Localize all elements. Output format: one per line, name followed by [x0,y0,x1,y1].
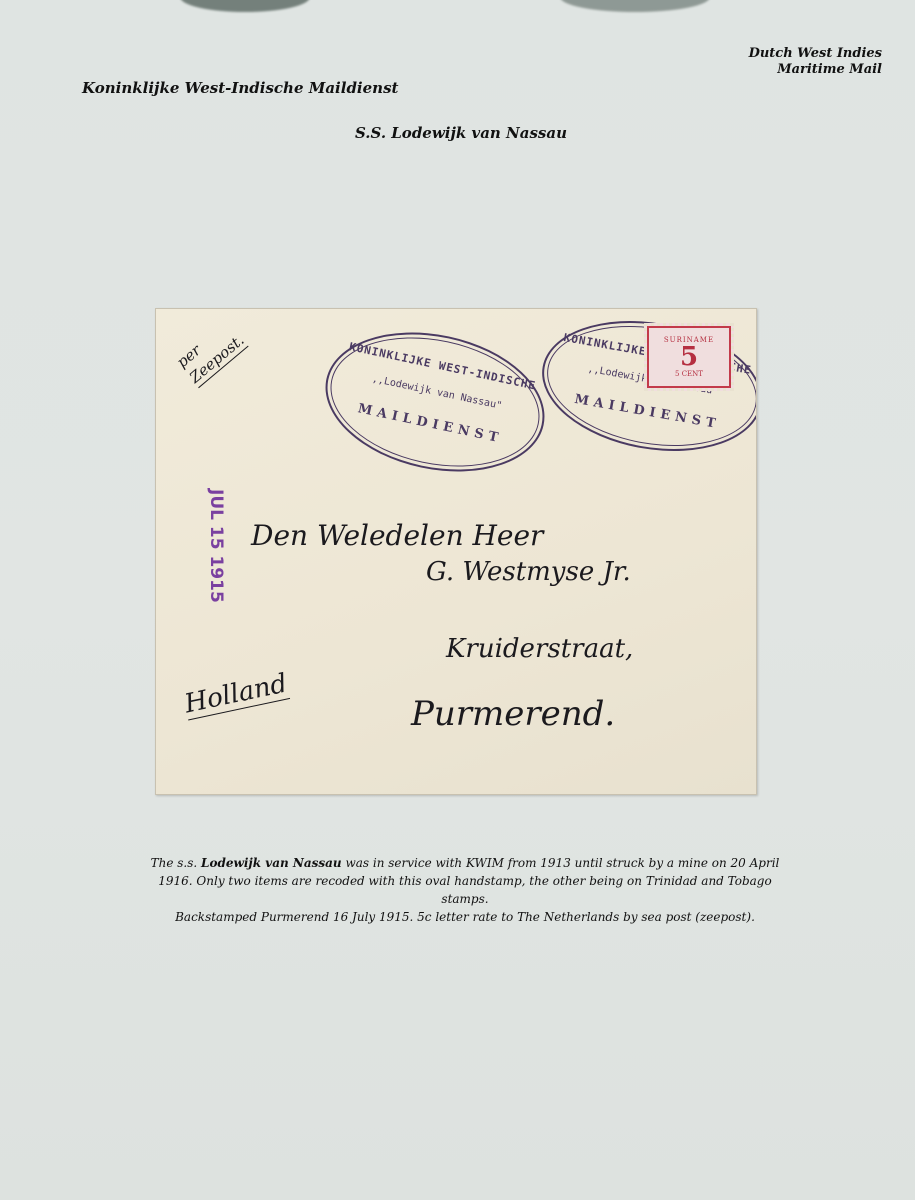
caption-paragraph: The s.s. Lodewijk van Nassau was in serv… [150,854,780,908]
address-line-2: G. Westmyse Jr. [426,557,631,587]
exhibit-title: Dutch West Indies Maritime Mail [749,46,882,78]
exhibit-caption: The s.s. Lodewijk van Nassau was in serv… [150,854,780,926]
route-endorsement: per Zeepost. [172,315,248,388]
arrival-datestamp: JUL 15 1915 [206,489,226,603]
address-line-1: Den Weledelen Heer [251,519,543,552]
caption-ship-name: Lodewijk van Nassau [201,856,342,870]
envelope-cover: per Zeepost. KONINKLIJKE WEST-INDISCHE ,… [155,308,757,795]
exhibit-title-line1: Dutch West Indies [749,46,882,62]
ship-title: S.S. Lodewijk van Nassau [355,124,567,142]
section-title: Koninklijke West-Indische Maildienst [82,79,398,97]
address-line-4: Purmerend. [411,694,615,734]
address-line-3: Kruiderstraat, [446,634,633,664]
exhibit-title-line2: Maritime Mail [749,62,882,78]
postage-stamp-5-cent: SURINAME 5 5 CENT [644,323,734,391]
destination-country: Holland [182,669,290,721]
oval-handstamp-left: KONINKLIJKE WEST-INDISCHE ,,Lodewijk van… [312,313,557,490]
caption-backstamp-note: Backstamped Purmerend 16 July 1915. 5c l… [150,908,780,926]
